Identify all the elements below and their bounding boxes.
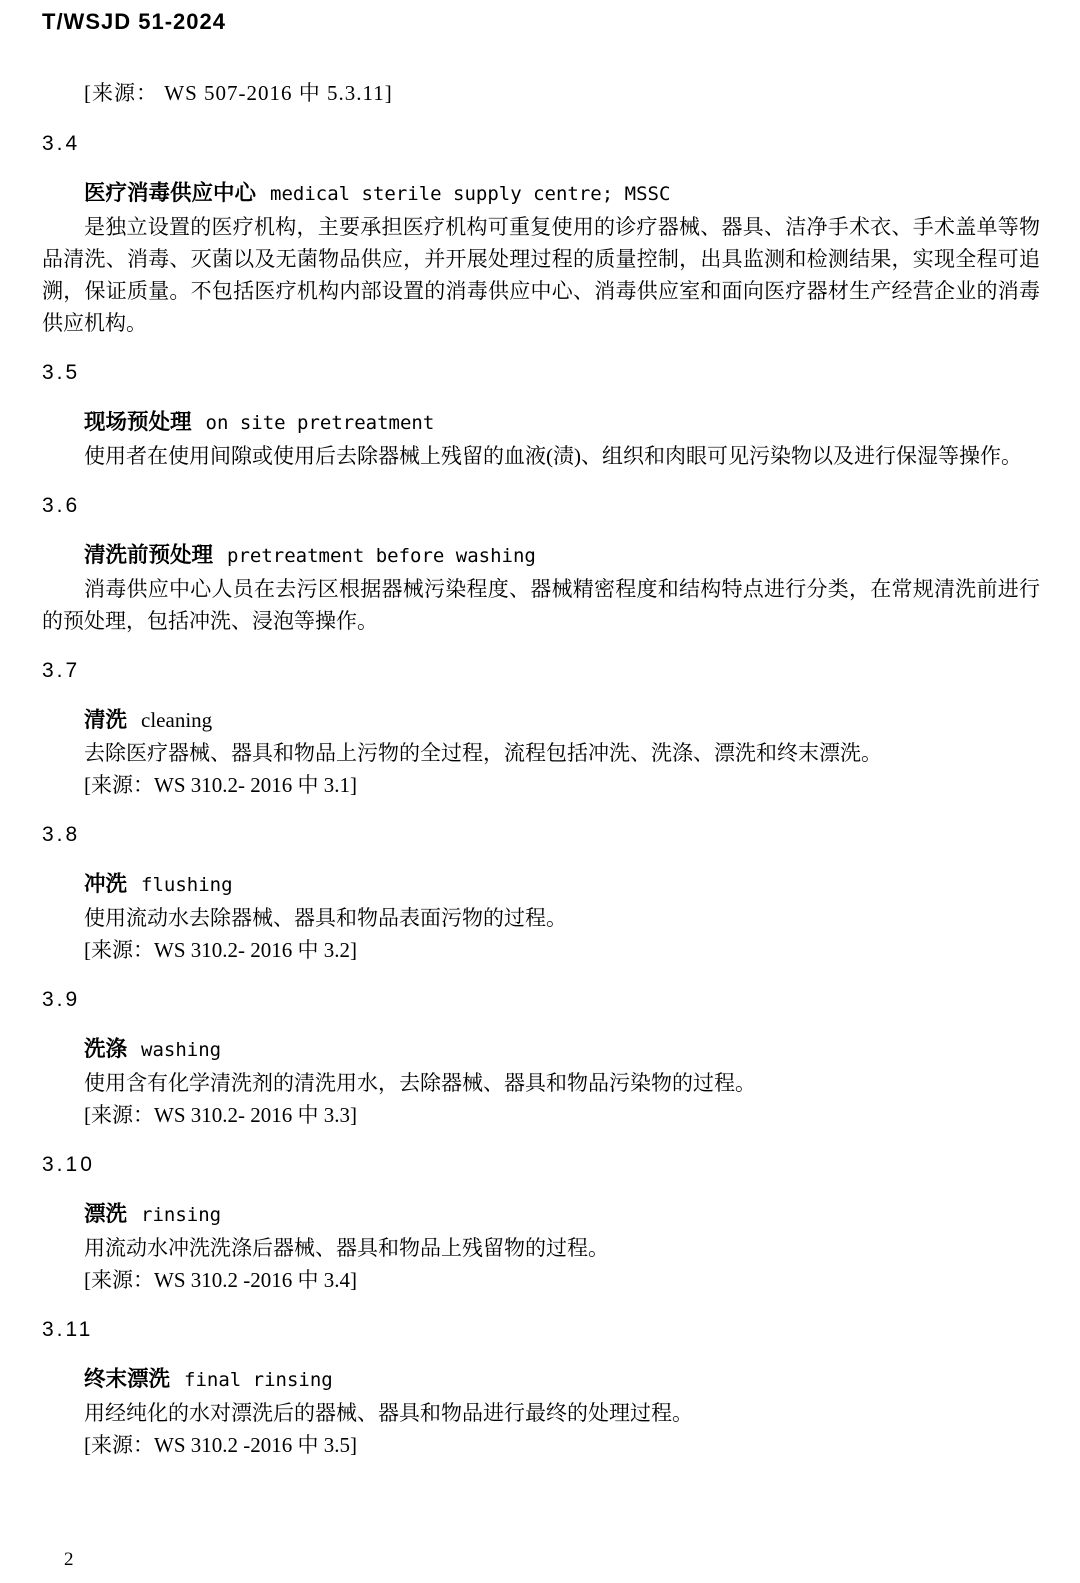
term-en: cleaning [141,708,212,732]
term-line: 终末漂洗final rinsing [42,1364,1040,1395]
source-note: [来源：WS 310.2 -2016 中 3.4] [42,1264,1040,1296]
intro-source-note: [来源： WS 507-2016 中 5.3.11] [42,76,1040,110]
document-page: T/WSJD 51-2024 [来源： WS 507-2016 中 5.3.11… [0,0,1080,1583]
term-zh: 医疗消毒供应中心 [84,181,256,205]
term-section: 3.4 医疗消毒供应中心medical sterile supply centr… [42,132,1040,339]
term-en: washing [141,1039,221,1061]
term-en: rinsing [141,1204,221,1226]
term-section: 3.10 漂洗rinsing 用流动水冲洗洗涤后器械、器具和物品上残留物的过程。… [42,1153,1040,1296]
page-number: 2 [64,1549,74,1571]
section-number: 3.10 [42,1153,1040,1177]
terms-list: 3.4 医疗消毒供应中心medical sterile supply centr… [42,132,1040,1461]
term-zh: 终末漂洗 [84,1367,170,1391]
term-line: 洗涤washing [42,1034,1040,1065]
section-number: 3.11 [42,1318,1040,1342]
section-number: 3.4 [42,132,1040,156]
term-zh: 洗涤 [84,1037,127,1061]
term-section: 3.8 冲洗flushing 使用流动水去除器械、器具和物品表面污物的过程。 [… [42,823,1040,966]
standard-number-header: T/WSJD 51-2024 [42,8,1040,36]
section-number: 3.8 [42,823,1040,847]
source-note: [来源：WS 310.2- 2016 中 3.2] [42,934,1040,966]
source-note: [来源：WS 310.2 -2016 中 3.5] [42,1429,1040,1461]
section-number: 3.6 [42,494,1040,518]
term-line: 冲洗flushing [42,869,1040,900]
term-section: 3.6 清洗前预处理pretreatment before washing 消毒… [42,494,1040,637]
term-section: 3.11 终末漂洗final rinsing 用经纯化的水对漂洗后的器械、器具和… [42,1318,1040,1461]
term-zh: 漂洗 [84,1202,127,1226]
term-definition: 是独立设置的医疗机构，主要承担医疗机构可重复使用的诊疗器械、器具、洁净手术衣、手… [42,211,1040,339]
term-line: 漂洗rinsing [42,1199,1040,1230]
term-section: 3.7 清洗cleaning 去除医疗器械、器具和物品上污物的全过程，流程包括冲… [42,659,1040,801]
term-definition: 用流动水冲洗洗涤后器械、器具和物品上残留物的过程。 [42,1232,1040,1264]
source-note: [来源：WS 310.2- 2016 中 3.1] [42,769,1040,801]
term-section: 3.5 现场预处理on site pretreatment 使用者在使用间隙或使… [42,361,1040,472]
term-section: 3.9 洗涤washing 使用含有化学清洗剂的清洗用水，去除器械、器具和物品污… [42,988,1040,1131]
term-zh: 现场预处理 [84,410,192,434]
section-number: 3.7 [42,659,1040,683]
section-number: 3.5 [42,361,1040,385]
source-note: [来源：WS 310.2- 2016 中 3.3] [42,1099,1040,1131]
term-definition: 用经纯化的水对漂洗后的器械、器具和物品进行最终的处理过程。 [42,1397,1040,1429]
term-line: 医疗消毒供应中心medical sterile supply centre; M… [42,178,1040,209]
term-en: pretreatment before washing [227,545,536,567]
term-definition: 使用流动水去除器械、器具和物品表面污物的过程。 [42,902,1040,934]
term-zh: 清洗 [84,708,127,732]
term-zh: 冲洗 [84,872,127,896]
section-number: 3.9 [42,988,1040,1012]
term-en: on site pretreatment [206,412,435,434]
term-en: final rinsing [184,1369,333,1391]
term-definition: 使用者在使用间隙或使用后去除器械上残留的血液(渍)、组织和肉眼可见污染物以及进行… [42,440,1040,472]
term-line: 现场预处理on site pretreatment [42,407,1040,438]
term-en: flushing [141,874,233,896]
term-line: 清洗前预处理pretreatment before washing [42,540,1040,571]
term-definition: 消毒供应中心人员在去污区根据器械污染程度、器械精密程度和结构特点进行分类，在常规… [42,573,1040,637]
term-zh: 清洗前预处理 [84,543,213,567]
term-definition: 使用含有化学清洗剂的清洗用水，去除器械、器具和物品污染物的过程。 [42,1067,1040,1099]
term-definition: 去除医疗器械、器具和物品上污物的全过程，流程包括冲洗、洗涤、漂洗和终末漂洗。 [42,737,1040,769]
term-line: 清洗cleaning [42,705,1040,735]
term-en: medical sterile supply centre; MSSC [270,183,670,205]
